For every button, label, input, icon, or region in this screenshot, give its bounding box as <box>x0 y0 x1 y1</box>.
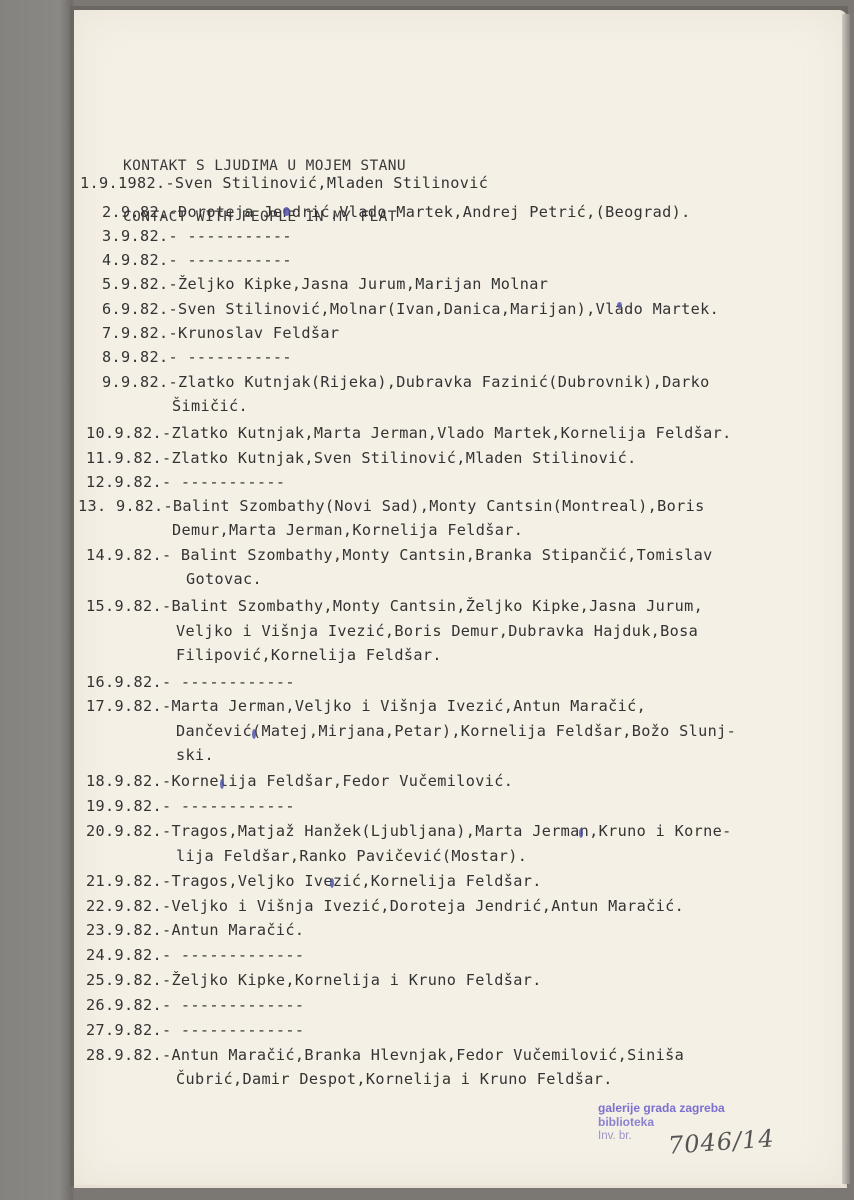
log-entry-continuation: Šimičić. <box>172 397 248 415</box>
log-entry: 23.9.82.-Antun Maračić. <box>86 921 304 939</box>
log-entry-continuation: Demur,Marta Jerman,Kornelija Feldšar. <box>172 521 523 539</box>
log-entry: 25.9.82.-Željko Kipke,Kornelija i Kruno … <box>86 971 542 989</box>
log-entry-continuation: Dančević(Matej,Mirjana,Petar),Kornelija … <box>176 722 736 740</box>
stamp-institution: galerije grada zagreba <box>598 1101 725 1115</box>
log-entry: 16.9.82.- ------------ <box>86 673 295 691</box>
ink-correction-mark <box>220 779 224 789</box>
log-entry: 8.9.82.- ----------- <box>102 348 292 366</box>
log-entry: 12.9.82.- ----------- <box>86 473 285 491</box>
ink-correction-mark <box>617 302 622 308</box>
ink-correction-mark <box>330 878 334 888</box>
log-entry: 18.9.82.-Kornelija Feldšar,Fedor Vučemil… <box>86 772 513 790</box>
log-entry-continuation: Čubrić,Damir Despot,Kornelija i Kruno Fe… <box>176 1070 613 1088</box>
log-entry: 11.9.82.-Zlatko Kutnjak,Sven Stilinović,… <box>86 449 637 467</box>
stamp-library: biblioteka <box>598 1115 725 1129</box>
log-entry-continuation: Gotovac. <box>186 570 262 588</box>
log-entry-continuation: ski. <box>176 746 214 764</box>
log-entry: 28.9.82.-Antun Maračić,Branka Hlevnjak,F… <box>86 1046 684 1064</box>
log-entry-continuation: Filipović,Kornelija Feldšar. <box>176 646 442 664</box>
log-entry: 19.9.82.- ------------ <box>86 797 295 815</box>
log-entry: 26.9.82.- ------------- <box>86 996 304 1014</box>
log-entry-continuation: lija Feldšar,Ranko Pavičević(Mostar). <box>176 847 527 865</box>
ink-correction-mark <box>579 828 583 838</box>
log-entry: 3.9.82.- ----------- <box>102 227 292 245</box>
log-entry: 10.9.82.-Zlatko Kutnjak,Marta Jerman,Vla… <box>86 424 732 442</box>
log-entry: 20.9.82.-Tragos,Matjaž Hanžek(Ljubljana)… <box>86 822 732 840</box>
log-entry: 7.9.82.-Krunoslav Feldšar <box>102 324 339 342</box>
log-entry: 21.9.82.-Tragos,Veljko Ivezić,Kornelija … <box>86 872 542 890</box>
log-entry: 2.9.82.-Doroteja Jendrić,Vlado Martek,An… <box>102 203 691 221</box>
log-entry: 6.9.82.-Sven Stilinović,Molnar(Ivan,Dani… <box>102 300 719 318</box>
log-entry: 5.9.82.-Željko Kipke,Jasna Jurum,Marijan… <box>102 275 548 293</box>
log-entry: 14.9.82.- Balint Szombathy,Monty Cantsin… <box>86 546 713 564</box>
ink-correction-mark <box>283 207 290 216</box>
contact-log: 1.9.1982.-Sven Stilinović,Mladen Stilino… <box>0 0 854 1200</box>
log-entry: 27.9.82.- ------------- <box>86 1021 304 1039</box>
log-entry: 13. 9.82.-Balint Szombathy(Novi Sad),Mon… <box>78 497 705 515</box>
ink-correction-mark <box>252 729 256 739</box>
log-entry: 22.9.82.-Veljko i Višnja Ivezić,Doroteja… <box>86 897 684 915</box>
log-entry: 1.9.1982.-Sven Stilinović,Mladen Stilino… <box>80 174 488 192</box>
log-entry: 9.9.82.-Zlatko Kutnjak(Rijeka),Dubravka … <box>102 373 710 391</box>
log-entry-continuation: Veljko i Višnja Ivezić,Boris Demur,Dubra… <box>176 622 698 640</box>
log-entry: 17.9.82.-Marta Jerman,Veljko i Višnja Iv… <box>86 697 646 715</box>
log-entry: 15.9.82.-Balint Szombathy,Monty Cantsin,… <box>86 597 703 615</box>
log-entry: 4.9.82.- ----------- <box>102 251 292 269</box>
log-entry: 24.9.82.- ------------- <box>86 946 304 964</box>
